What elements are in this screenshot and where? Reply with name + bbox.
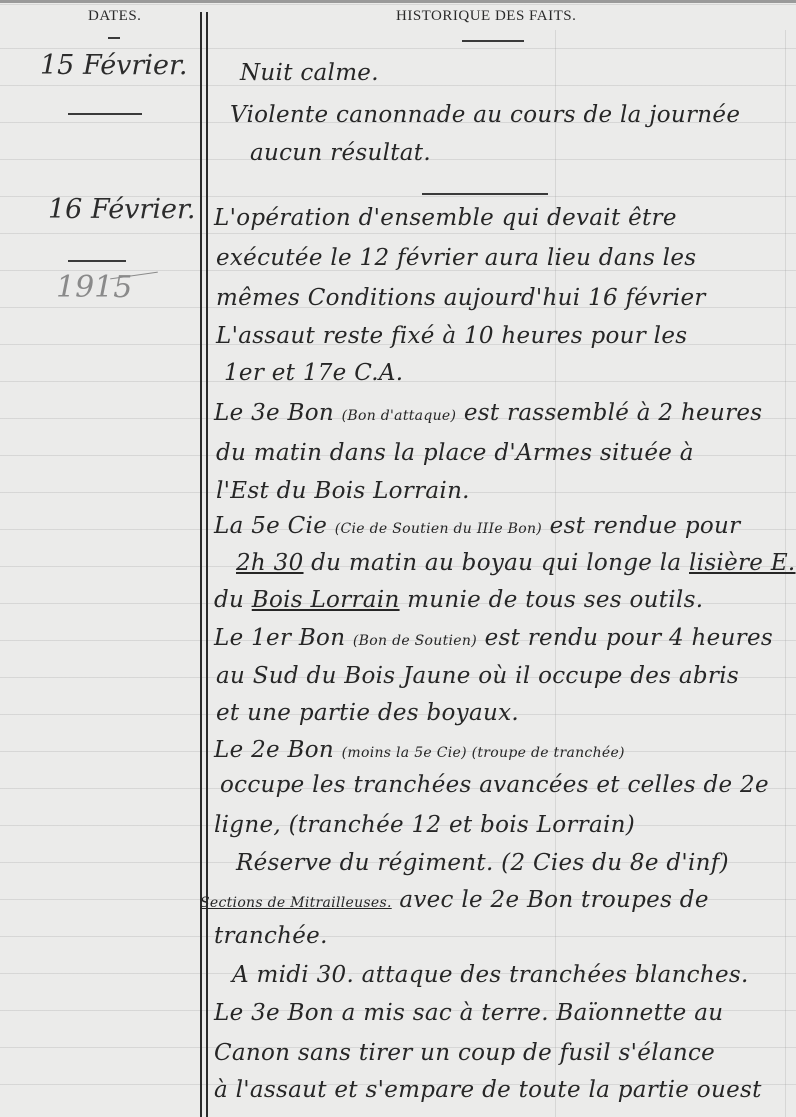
- date-rule: [68, 113, 142, 115]
- entry-text: du: [214, 587, 252, 613]
- date-rule: [68, 260, 126, 262]
- entry-text: Le 3e Bon a mis sac à terre. Baïonnette …: [214, 1000, 723, 1026]
- entry-text: (Bon d'attaque): [342, 408, 457, 424]
- entry-text: avec le 2e Bon troupes de: [392, 887, 709, 913]
- entry-line: Sections de Mitrailleuses. avec le 2e Bo…: [200, 887, 709, 913]
- entry-text: exécutée le 12 février aura lieu dans le…: [216, 245, 696, 271]
- entry-line: du Bois Lorrain munie de tous ses outils…: [214, 587, 703, 613]
- entry-text: est rendu pour 4 heures: [477, 625, 773, 651]
- entry-text: 1er et 17e C.A.: [224, 360, 403, 386]
- entry-line: au Sud du Bois Jaune où il occupe des ab…: [216, 663, 739, 689]
- entry-line: exécutée le 12 février aura lieu dans le…: [216, 245, 696, 271]
- entry-text: munie de tous ses outils.: [400, 587, 704, 613]
- entry-line: Réserve du régiment. (2 Cies du 8e d'inf…: [236, 850, 729, 876]
- entry-text: Le 3e Bon: [214, 400, 342, 426]
- entry-line: Nuit calme.: [240, 60, 379, 86]
- entry-text: Canon sans tirer un coup de fusil s'élan…: [214, 1040, 715, 1066]
- entry-line: Canon sans tirer un coup de fusil s'élan…: [214, 1040, 715, 1066]
- entry-line: Le 3e Bon (Bon d'attaque) est rassemblé …: [214, 400, 762, 426]
- entry-line: Le 3e Bon a mis sac à terre. Baïonnette …: [214, 1000, 723, 1026]
- entry-text: lisière E.: [689, 550, 796, 576]
- date-entry-feb16: 16 Février.: [48, 194, 195, 225]
- column-divider-right: [206, 12, 208, 1117]
- entry-line: l'Est du Bois Lorrain.: [216, 478, 470, 504]
- date-year: 1915: [56, 270, 132, 305]
- entry-line: à l'assaut et s'empare de toute la parti…: [214, 1077, 762, 1103]
- entry-line: L'opération d'ensemble qui devait être: [214, 205, 677, 231]
- entry-text: du matin au boyau qui longe la: [304, 550, 689, 576]
- entry-line: Violente canonnade au cours de la journé…: [230, 102, 740, 128]
- entry-line: du matin dans la place d'Armes située à: [216, 440, 694, 466]
- entry-text: L'assaut reste fixé à 10 heures pour les: [216, 323, 687, 349]
- entry-text: 2h 30: [236, 550, 304, 576]
- entry-text: L'opération d'ensemble qui devait être: [214, 205, 677, 231]
- entry-text: l'Est du Bois Lorrain.: [216, 478, 470, 504]
- entry-text: A midi 30. attaque des tranchées blanche…: [232, 962, 749, 988]
- header-rule: [108, 37, 120, 39]
- entry-text: Le 2e Bon: [214, 737, 342, 763]
- entry-line: 2h 30 du matin au boyau qui longe la lis…: [236, 550, 796, 576]
- entry-text: au Sud du Bois Jaune où il occupe des ab…: [216, 663, 739, 689]
- entry-text: (Bon de Soutien): [353, 633, 477, 649]
- date-entry-feb15: 15 Février.: [40, 50, 187, 81]
- entry-text: à l'assaut et s'empare de toute la parti…: [214, 1077, 762, 1103]
- entry-line: aucun résultat.: [250, 140, 431, 166]
- entry-separator: [422, 193, 548, 195]
- history-column-header: HISTORIQUE DES FAITS.: [396, 8, 576, 25]
- entry-text: Réserve du régiment. (2 Cies du 8e d'inf…: [236, 850, 729, 876]
- entry-text: (Cie de Soutien du IIIe Bon): [335, 521, 542, 537]
- entry-line: et une partie des boyaux.: [216, 700, 519, 726]
- entry-text: mêmes Conditions aujourd'hui 16 février: [216, 285, 706, 311]
- column-divider-left: [200, 12, 202, 1117]
- dates-column-header: DATES.: [88, 8, 141, 25]
- entry-text: ligne, (tranchée 12 et bois Lorrain): [214, 812, 635, 838]
- header-rule: [462, 40, 524, 42]
- entry-text: La 5e Cie: [214, 513, 335, 539]
- entry-text: Bois Lorrain: [252, 587, 400, 613]
- entry-text: du matin dans la place d'Armes située à: [216, 440, 694, 466]
- entry-line: Le 2e Bon (moins la 5e Cie) (troupe de t…: [214, 737, 625, 763]
- entry-text: tranchée.: [214, 923, 328, 949]
- entry-text: est rendue pour: [542, 513, 740, 539]
- entry-line: A midi 30. attaque des tranchées blanche…: [232, 962, 749, 988]
- entry-text: Sections de Mitrailleuses.: [200, 895, 392, 911]
- register-page: DATES. HISTORIQUE DES FAITS. 15 Février.…: [0, 0, 796, 1117]
- entry-line: mêmes Conditions aujourd'hui 16 février: [216, 285, 706, 311]
- entry-line: ligne, (tranchée 12 et bois Lorrain): [214, 812, 635, 838]
- entry-line: La 5e Cie (Cie de Soutien du IIIe Bon) e…: [214, 513, 740, 539]
- entry-text: (moins la 5e Cie) (troupe de tranchée): [342, 745, 625, 761]
- entry-line: L'assaut reste fixé à 10 heures pour les: [216, 323, 687, 349]
- entry-text: et une partie des boyaux.: [216, 700, 519, 726]
- page-top-edge: [0, 0, 796, 3]
- entry-text: occupe les tranchées avancées et celles …: [220, 772, 769, 798]
- entry-line: Le 1er Bon (Bon de Soutien) est rendu po…: [214, 625, 773, 651]
- entry-line: 1er et 17e C.A.: [224, 360, 403, 386]
- entry-line: tranchée.: [214, 923, 328, 949]
- entry-line: occupe les tranchées avancées et celles …: [220, 772, 769, 798]
- entry-text: est rassemblé à 2 heures: [456, 400, 762, 426]
- entry-text: Le 1er Bon: [214, 625, 353, 651]
